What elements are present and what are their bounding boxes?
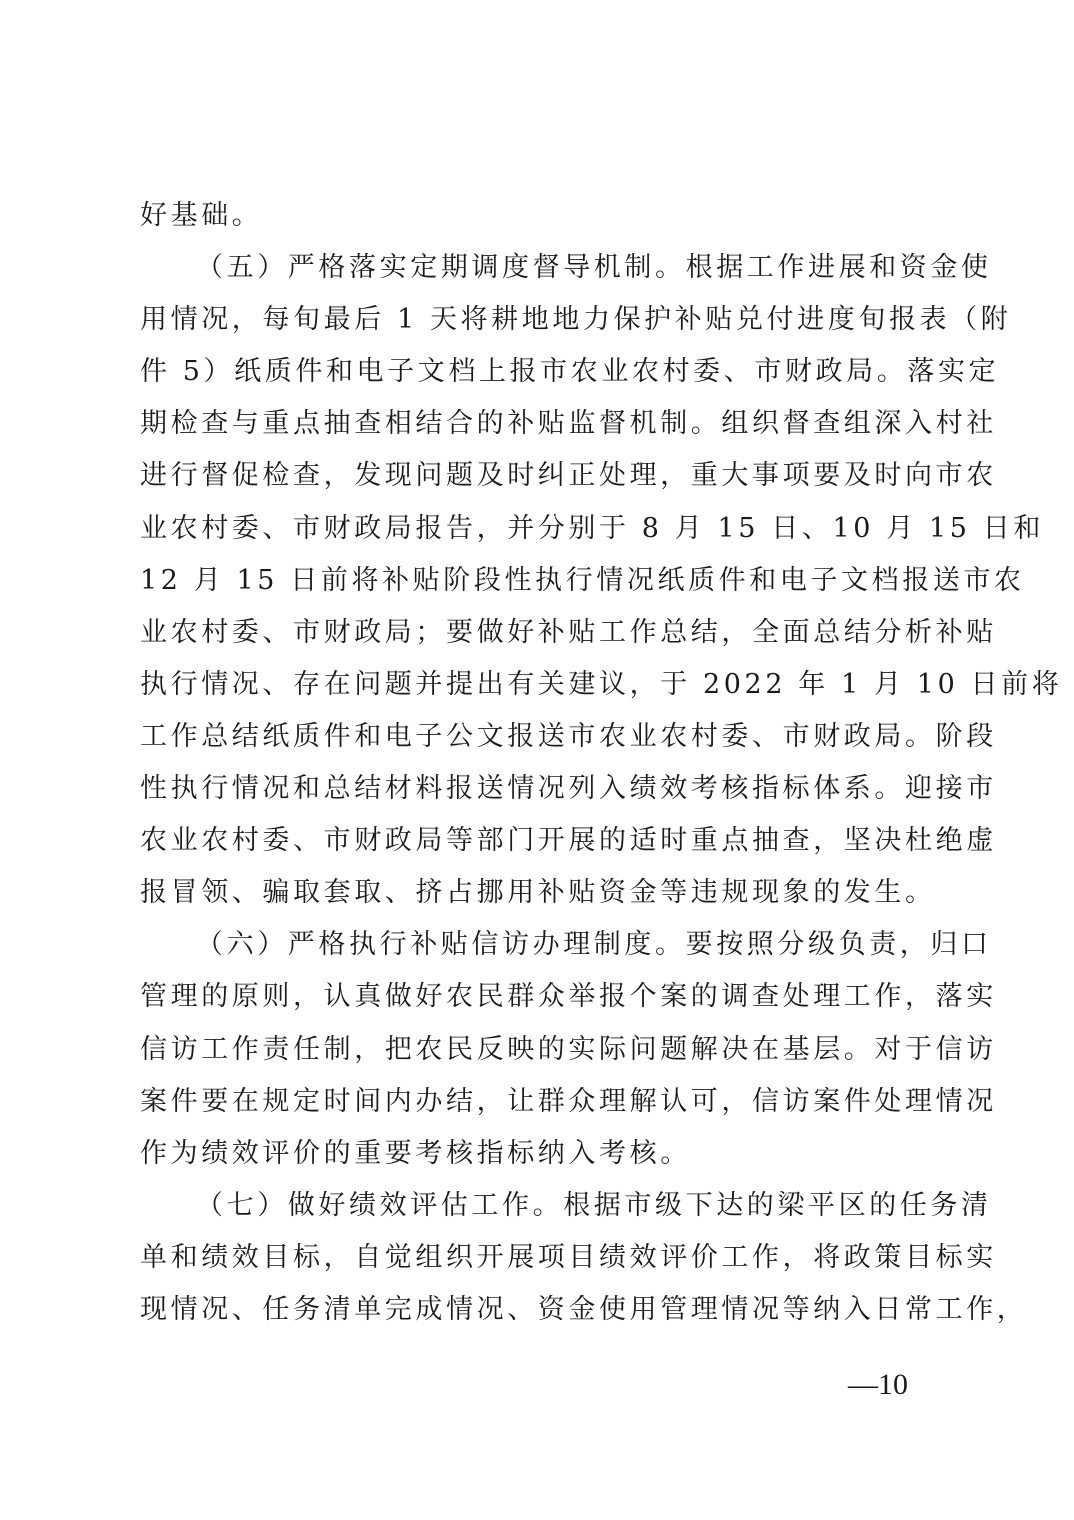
text-line: 管理的原则，认真做好农民群众举报个案的调查处理工作，落实	[140, 971, 940, 1023]
document-page: 好基础。（五）严格落实定期调度督导机制。根据工作进展和资金使用情况，每旬最后 1…	[0, 0, 1074, 1520]
text-line: 单和绩效目标，自觉组织开展项目绩效评价工作，将政策目标实	[140, 1232, 940, 1284]
text-line: 作为绩效评价的重要考核指标纳入考核。	[140, 1128, 940, 1180]
text-line: 业农村委、市财政局报告，并分别于 8 月 15 日、10 月 15 日和	[140, 503, 940, 555]
text-line: 现情况、任务清单完成情况、资金使用管理情况等纳入日常工作，	[140, 1284, 940, 1336]
text-line: 12 月 15 日前将补贴阶段性执行情况纸质件和电子文档报送市农	[140, 555, 940, 607]
text-line: 用情况，每旬最后 1 天将耕地地力保护补贴兑付进度旬报表（附	[140, 294, 940, 346]
paragraph-first-line: （六）严格执行补贴信访办理制度。要按照分级负责，归口	[140, 919, 940, 971]
text-line: 件 5）纸质件和电子文档上报市农业农村委、市财政局。落实定	[140, 346, 940, 398]
text-line: 信访工作责任制，把农民反映的实际问题解决在基层。对于信访	[140, 1024, 940, 1076]
paragraph-first-line: （五）严格落实定期调度督导机制。根据工作进展和资金使	[140, 242, 940, 294]
text-line: 工作总结纸质件和电子公文报送市农业农村委、市财政局。阶段	[140, 711, 940, 763]
text-line: 案件要在规定时间内办结，让群众理解认可，信访案件处理情况	[140, 1076, 940, 1128]
body-text: 好基础。（五）严格落实定期调度督导机制。根据工作进展和资金使用情况，每旬最后 1…	[140, 190, 940, 1336]
text-line: 期检查与重点抽查相结合的补贴监督机制。组织督查组深入村社	[140, 398, 940, 450]
text-line: 好基础。	[140, 190, 940, 242]
text-line: 进行督促检查，发现问题及时纠正处理，重大事项要及时向市农	[140, 450, 940, 502]
text-line: 性执行情况和总结材料报送情况列入绩效考核指标体系。迎接市	[140, 763, 940, 815]
paragraph-first-line: （七）做好绩效评估工作。根据市级下达的梁平区的任务清	[140, 1180, 940, 1232]
text-line: 业农村委、市财政局；要做好补贴工作总结，全面总结分析补贴	[140, 607, 940, 659]
text-line: 执行情况、存在问题并提出有关建议，于 2022 年 1 月 10 日前将	[140, 659, 940, 711]
text-line: 农业农村委、市财政局等部门开展的适时重点抽查，坚决杜绝虚	[140, 815, 940, 867]
page-number: —10	[848, 1368, 908, 1402]
text-line: 报冒领、骗取套取、挤占挪用补贴资金等违规现象的发生。	[140, 867, 940, 919]
